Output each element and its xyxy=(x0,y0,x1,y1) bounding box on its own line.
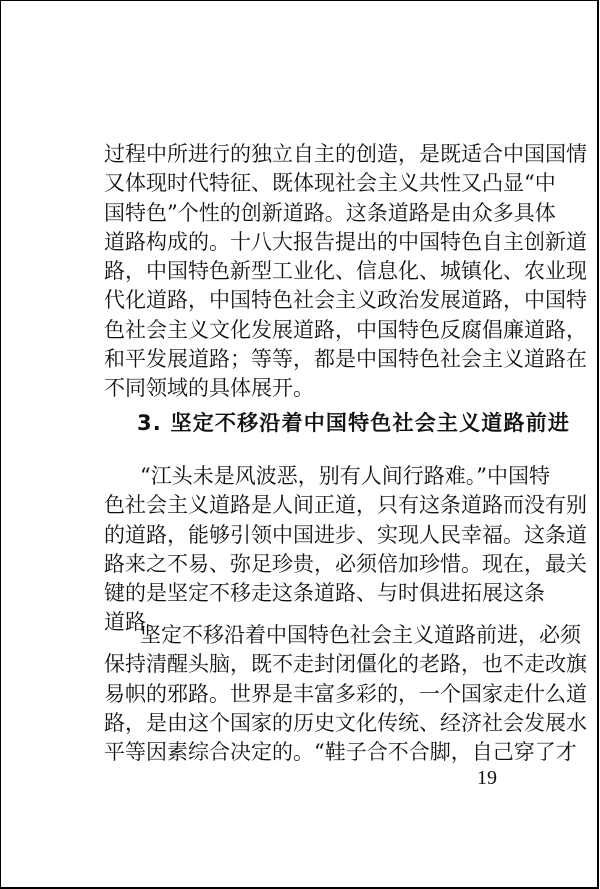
text-line: 国特色”个性的创新道路。这条道路是由众多具体 xyxy=(104,199,513,228)
text-line: 又体现时代特征、既体现社会主义共性又凸显“中 xyxy=(104,169,513,198)
text-line: 代化道路，中国特色社会主义政治发展道路，中国特 xyxy=(104,286,513,315)
text-line: 路，中国特色新型工业化、信息化、城镇化、农业现 xyxy=(104,257,513,286)
text-line: 过程中所进行的独立自主的创造，是既适合中国国情 xyxy=(104,140,513,169)
text-line: 不同领域的具体展开。 xyxy=(104,374,513,403)
text-line: 道路构成的。十八大报告提出的中国特色自主创新道 xyxy=(104,228,513,257)
page-number: 19 xyxy=(477,767,497,790)
text-line: 路来之不易、弥足珍贵，必须倍加珍惜。现在，最关 xyxy=(104,550,513,579)
book-page: 过程中所进行的独立自主的创造，是既适合中国国情 又体现时代特征、既体现社会主义共… xyxy=(0,0,599,889)
section-heading: 3. 坚定不移沿着中国特色社会主义道路前进 xyxy=(137,407,570,437)
text-line: 色社会主义道路是人间正道，只有这条道路而没有别 xyxy=(104,491,513,520)
text-line: 平等因素综合决定的。“鞋子合不合脚，自己穿了才 xyxy=(104,738,513,767)
text-line: 的道路，能够引领中国进步、实现人民幸福。这条道 xyxy=(104,521,513,550)
text-line: 易帜的邪路。世界是丰富多彩的，一个国家走什么道 xyxy=(104,680,513,709)
text-line: 键的是坚定不移走这条道路、与时俱进拓展这条 xyxy=(104,579,513,608)
text-line: 保持清醒头脑，既不走封闭僵化的老路，也不走改旗 xyxy=(104,650,513,679)
text-line: 和平发展道路；等等，都是中国特色社会主义道路在 xyxy=(104,345,513,374)
text-line: 坚定不移沿着中国特色社会主义道路前进，必须 xyxy=(104,621,513,650)
text-line: 路，是由这个国家的历史文化传统、经济社会发展水 xyxy=(104,709,513,738)
paragraph-3: 坚定不移沿着中国特色社会主义道路前进，必须 保持清醒头脑，既不走封闭僵化的老路，… xyxy=(104,621,524,767)
text-line: “江头未是风波恶，别有人间行路难。”中国特 xyxy=(104,462,513,491)
paragraph-2: “江头未是风波恶，别有人间行路难。”中国特 色社会主义道路是人间正道，只有这条道… xyxy=(104,462,524,638)
paragraph-1: 过程中所进行的独立自主的创造，是既适合中国国情 又体现时代特征、既体现社会主义共… xyxy=(104,140,524,404)
text-line: 色社会主义文化发展道路，中国特色反腐倡廉道路， xyxy=(104,316,513,345)
